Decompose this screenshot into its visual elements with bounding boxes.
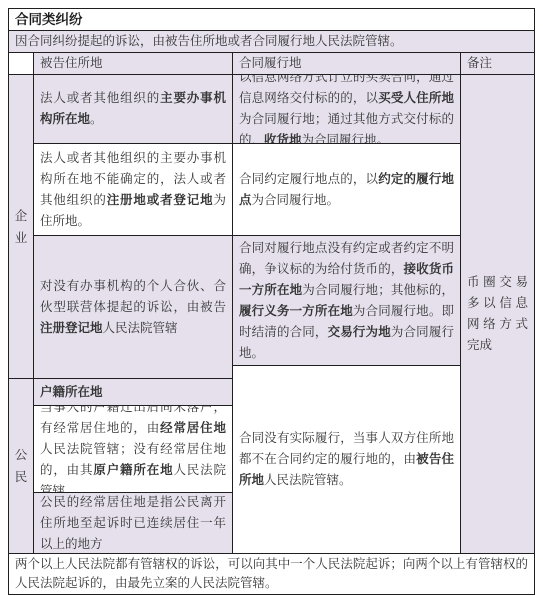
cell-enterprise-domicile-main-office: 法人或者其他组织的主要办事机构所在地。: [34, 75, 233, 144]
column-header-performance-place: 合同履行地: [233, 53, 461, 75]
column-header-defendant-domicile: 被告住所地: [34, 53, 233, 75]
header-corner-cell: [9, 53, 34, 75]
row-group-enterprise: 企业: [9, 75, 34, 379]
cell-remark-note: 币圈交易多以信息网络方式完成: [461, 75, 534, 554]
footer-rule-text: 两个以上人民法院都有管辖权的诉讼，可以向其中一个人民法院起诉；向两个以上有管辖权…: [15, 555, 528, 593]
cell-performance-network-contract: 以信息网络方式订立的买卖合同，通过信息网络交付标的的，以买受人住所地为合同履行地…: [233, 75, 461, 144]
row-group-citizen-label: 公民: [15, 444, 28, 488]
cell-citizen-household-registration-heading: 户籍所在地: [34, 379, 233, 406]
column-header-remark: 备注: [461, 53, 534, 75]
page-title-text: 合同类纠纷: [15, 9, 528, 30]
intro-text: 因合同纠纷提起的诉讼，由被告住所地或者合同履行地人民法院管辖。: [15, 31, 528, 52]
cell-performance-not-performed: 合同没有实际履行，当事人双方住所地都不在合同约定的履行地的，由被告住所地人民法院…: [233, 366, 461, 554]
page-title: 合同类纠纷: [9, 9, 534, 31]
footer-rule-row: 两个以上人民法院都有管辖权的诉讼，可以向其中一个人民法院起诉；向两个以上有管辖权…: [9, 554, 534, 594]
cell-enterprise-domicile-registration: 法人或者其他组织的主要办事机构所在地不能确定的，法人或者其他组织的注册地或者登记…: [34, 144, 233, 236]
jurisdiction-table: 合同类纠纷 因合同纠纷提起的诉讼，由被告住所地或者合同履行地人民法院管辖。 被告…: [8, 8, 535, 595]
document-page: 合同类纠纷 因合同纠纷提起的诉讼，由被告住所地或者合同履行地人民法院管辖。 被告…: [0, 0, 543, 596]
cell-enterprise-domicile-partnership: 对没有办事机构的个人合伙、合伙型联营体提起的诉讼，由被告注册登记地人民法院管辖: [34, 236, 233, 379]
cell-performance-agreed-place: 合同约定履行地点的，以约定的履行地点为合同履行地。: [233, 144, 461, 236]
row-group-enterprise-label: 企业: [15, 205, 28, 249]
cell-performance-no-agreement: 合同对履行地点没有约定或者约定不明确，争议标的为给付货币的，接收货币一方所在地为…: [233, 236, 461, 366]
cell-citizen-habitual-residence-definition: 公民的经常居住地是指公民离开住所地至起诉时已连续居住一年以上的地方: [34, 493, 233, 554]
intro-row: 因合同纠纷提起的诉讼，由被告住所地或者合同履行地人民法院管辖。: [9, 31, 534, 53]
cell-citizen-habitual-residence: 当事人的户籍迁出后尚未落户，有经常居住地的，由经常居住地人民法院管辖；没有经常居…: [34, 406, 233, 493]
row-group-citizen: 公民: [9, 379, 34, 554]
